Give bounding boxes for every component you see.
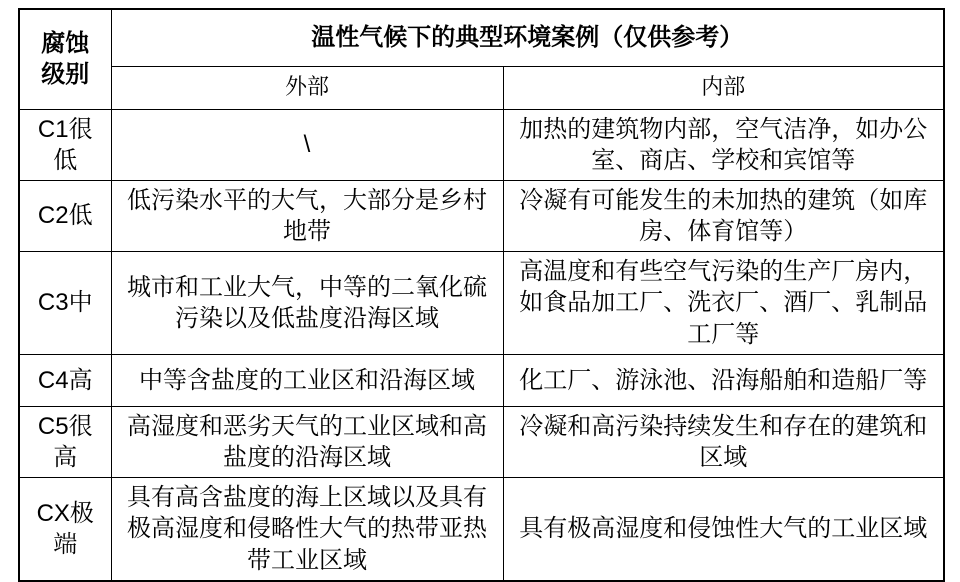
internal-cell: 冷凝有可能发生的未加热的建筑（如库房、体育馆等） bbox=[503, 180, 944, 251]
internal-cell: 具有极高湿度和侵蚀性大气的工业区域 bbox=[503, 478, 944, 581]
external-cell: 低污染水平的大气，大部分是乡村地带 bbox=[111, 180, 503, 251]
header-row-sub: 外部 内部 bbox=[19, 66, 944, 109]
external-cell: \ bbox=[111, 109, 503, 180]
table-row-c3: C3中 城市和工业大气，中等的二氧化硫污染以及低盐度沿海区域 高温度和有些空气污… bbox=[19, 252, 944, 355]
internal-cell: 冷凝和高污染持续发生和存在的建筑和区域 bbox=[503, 406, 944, 477]
corrosion-category-table: 腐蚀 级别 温性气候下的典型环境案例（仅供参考） 外部 内部 C1很低 \ 加热… bbox=[18, 8, 945, 582]
table-row-c1: C1很低 \ 加热的建筑物内部，空气洁净，如办公室、商店、学校和宾馆等 bbox=[19, 109, 944, 180]
table-row-cx: CX极端 具有高含盐度的海上区域以及具有极高湿度和侵略性大气的热带亚热带工业区域… bbox=[19, 478, 944, 581]
page: 腐蚀 级别 温性气候下的典型环境案例（仅供参考） 外部 内部 C1很低 \ 加热… bbox=[0, 0, 960, 581]
external-cell: 高湿度和恶劣天气的工业区域和高盐度的沿海区域 bbox=[111, 406, 503, 477]
level-cell: C2低 bbox=[19, 180, 111, 251]
header-row-main: 腐蚀 级别 温性气候下的典型环境案例（仅供参考） bbox=[19, 9, 944, 66]
level-cell: C3中 bbox=[19, 252, 111, 355]
level-cell: C1很低 bbox=[19, 109, 111, 180]
main-header-title: 温性气候下的典型环境案例（仅供参考） bbox=[111, 9, 944, 66]
internal-cell: 加热的建筑物内部，空气洁净，如办公室、商店、学校和宾馆等 bbox=[503, 109, 944, 180]
table-row-c4: C4高 中等含盐度的工业区和沿海区域 化工厂、游泳池、沿海船舶和造船厂等 bbox=[19, 354, 944, 406]
table-row-c2: C2低 低污染水平的大气，大部分是乡村地带 冷凝有可能发生的未加热的建筑（如库房… bbox=[19, 180, 944, 251]
internal-cell: 高温度和有些空气污染的生产厂房内，如食品加工厂、洗衣厂、酒厂、乳制品工厂等 bbox=[503, 252, 944, 355]
external-cell: 具有高含盐度的海上区域以及具有极高湿度和侵略性大气的热带亚热带工业区域 bbox=[111, 478, 503, 581]
external-cell: 中等含盐度的工业区和沿海区域 bbox=[111, 354, 503, 406]
level-cell: CX极端 bbox=[19, 478, 111, 581]
external-cell: 城市和工业大气，中等的二氧化硫污染以及低盐度沿海区域 bbox=[111, 252, 503, 355]
level-cell: C5很高 bbox=[19, 406, 111, 477]
table-row-c5: C5很高 高湿度和恶劣天气的工业区域和高盐度的沿海区域 冷凝和高污染持续发生和存… bbox=[19, 406, 944, 477]
subheader-external: 外部 bbox=[111, 66, 503, 109]
subheader-internal: 内部 bbox=[503, 66, 944, 109]
level-cell: C4高 bbox=[19, 354, 111, 406]
corner-header-corrosion-level: 腐蚀 级别 bbox=[19, 9, 111, 109]
internal-cell: 化工厂、游泳池、沿海船舶和造船厂等 bbox=[503, 354, 944, 406]
